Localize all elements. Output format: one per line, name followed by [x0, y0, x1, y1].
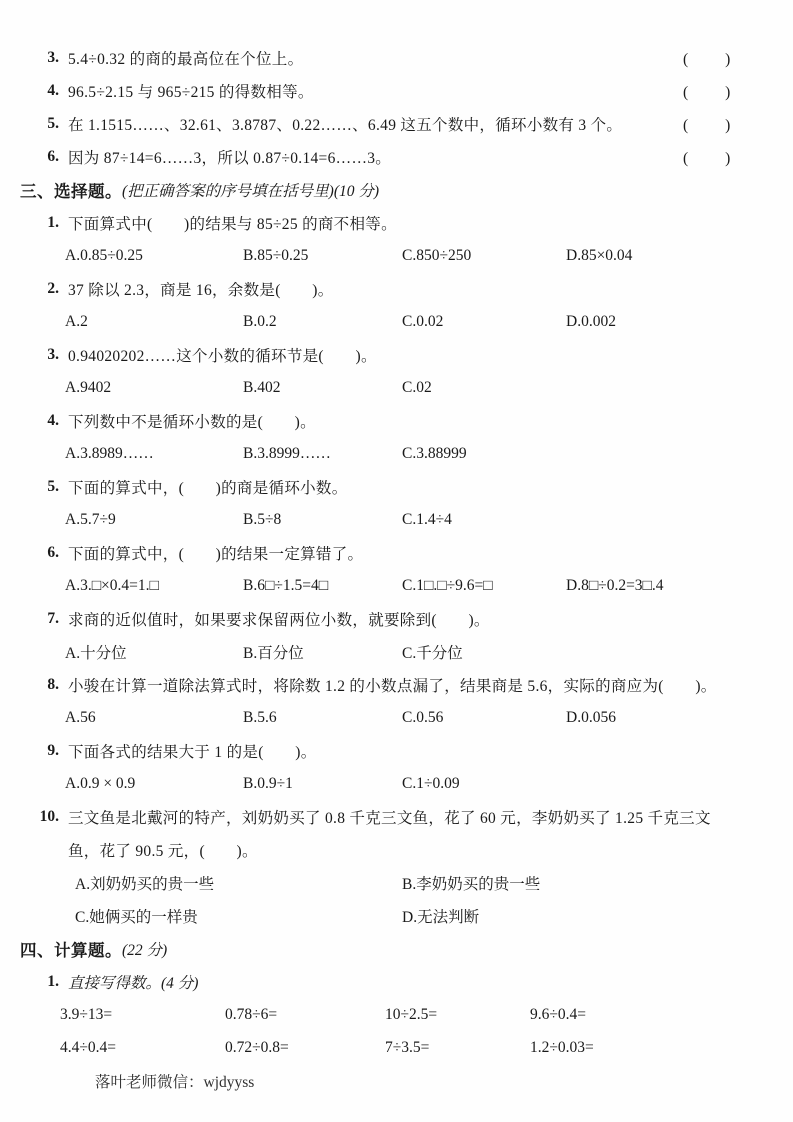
options-row: A.0.85÷0.25 B.85÷0.25 C.850÷250 D.85×0.0…	[0, 239, 793, 272]
choice-question-1: 1. 下面算式中( )的结果与 85÷25 的商不相等。	[0, 206, 793, 239]
question-text: 37 除以 2.3，商是 16，余数是( )。	[68, 278, 334, 300]
option-b: B.5÷8	[243, 511, 402, 529]
option-a: A.刘奶奶买的贵一些	[75, 872, 402, 894]
answer-bracket: ( )	[683, 41, 732, 74]
option-c: C.千分位	[402, 641, 463, 663]
calc-expression: 10÷2.5=	[385, 1006, 530, 1024]
option-d: D.无法判断	[402, 905, 729, 927]
section-score: (22 分)	[122, 938, 167, 960]
question-text: 小骏在计算一道除法算式时，将除数 1.2 的小数点漏了，结果商是 5.6，实际的…	[68, 674, 717, 696]
question-number: 5.	[33, 478, 59, 496]
option-a: A.5.7÷9	[65, 511, 243, 529]
question-text: 下面的算式中，( )的结果一定算错了。	[68, 542, 363, 564]
options-row: A.56 B.5.6 C.0.56 D.0.056	[0, 701, 793, 734]
option-c: C.3.88999	[402, 445, 467, 463]
options-row: A.9402 B.402 C.02	[0, 371, 793, 404]
exam-paper-page: 3. 5.4÷0.32 的商的最高位在个位上。 ( ) 4. 96.5÷2.15…	[0, 0, 793, 1122]
question-number: 6.	[33, 148, 59, 166]
option-a: A.0.85÷0.25	[65, 247, 243, 265]
option-b: B.5.6	[243, 709, 402, 727]
question-number: 1.	[33, 214, 59, 232]
true-false-question-4: 4. 96.5÷2.15 与 965÷215 的得数相等。 ( )	[0, 74, 793, 107]
true-false-question-6: 6. 因为 87÷14=6……3，所以 0.87÷0.14=6……3。 ( )	[0, 140, 793, 173]
option-d: D.0.002	[566, 313, 616, 331]
question-text: 下面的算式中，( )的商是循环小数。	[68, 476, 348, 498]
options-row: A.5.7÷9 B.5÷8 C.1.4÷4	[0, 503, 793, 536]
section-header-choice: 三、选择题。(把正确答案的序号填在括号里)(10 分)	[0, 173, 793, 206]
option-c: C.850÷250	[402, 247, 566, 265]
section-header-calculation: 四、计算题。(22 分)	[0, 932, 793, 965]
options-row: A.2 B.0.2 C.0.02 D.0.002	[0, 305, 793, 338]
question-text: 96.5÷2.15 与 965÷215 的得数相等。	[68, 80, 314, 102]
choice-question-6: 6. 下面的算式中，( )的结果一定算错了。	[0, 536, 793, 569]
question-text: 因为 87÷14=6……3，所以 0.87÷0.14=6……3。	[68, 146, 391, 168]
question-number: 10.	[33, 808, 59, 826]
question-text: 5.4÷0.32 的商的最高位在个位上。	[68, 47, 303, 69]
question-text: 求商的近似值时，如果要求保留两位小数，就要除到( )。	[68, 608, 490, 630]
answer-bracket: ( )	[683, 107, 732, 140]
question-number: 7.	[33, 610, 59, 628]
calculation-row: 4.4÷0.4= 0.72÷0.8= 7÷3.5= 1.2÷0.03=	[0, 1031, 793, 1064]
option-b: B.402	[243, 379, 402, 397]
calc-expression: 9.6÷0.4=	[530, 1006, 586, 1024]
choice-question-10: 10. 三文鱼是北戴河的特产，刘奶奶买了 0.8 千克三文鱼，花了 60 元，李…	[0, 800, 793, 833]
teacher-wechat-watermark: 落叶老师微信：wjdyyss	[0, 1064, 793, 1097]
question-text: 在 1.1515……、32.61、3.8787、0.22……、6.49 这五个数…	[68, 113, 622, 135]
option-c: C.她俩买的一样贵	[75, 905, 402, 927]
question-text: 直接写得数。(4 分)	[68, 971, 198, 993]
option-a: A.3.8989……	[65, 445, 243, 463]
option-a: A.十分位	[65, 641, 243, 663]
question-number: 6.	[33, 544, 59, 562]
options-row: C.她俩买的一样贵 D.无法判断	[0, 899, 793, 932]
option-c: C.0.56	[402, 709, 566, 727]
choice-question-5: 5. 下面的算式中，( )的商是循环小数。	[0, 470, 793, 503]
question-text-continuation: 鱼，花了 90.5 元，( )。	[0, 833, 793, 866]
options-row: A.3.8989…… B.3.8999…… C.3.88999	[0, 437, 793, 470]
option-b: B.百分位	[243, 641, 402, 663]
question-number: 3.	[33, 49, 59, 67]
options-row: A.十分位 B.百分位 C.千分位	[0, 635, 793, 668]
exam-content: 3. 5.4÷0.32 的商的最高位在个位上。 ( ) 4. 96.5÷2.15…	[0, 0, 793, 1097]
option-a: A.0.9 × 0.9	[65, 775, 243, 793]
question-text: 下列数中不是循环小数的是( )。	[68, 410, 316, 432]
question-text-line1: 三文鱼是北戴河的特产，刘奶奶买了 0.8 千克三文鱼，花了 60 元，李奶奶买了…	[68, 806, 711, 828]
calc-expression: 1.2÷0.03=	[530, 1039, 594, 1057]
choice-question-8: 8. 小骏在计算一道除法算式时，将除数 1.2 的小数点漏了，结果商是 5.6，…	[0, 668, 793, 701]
calculation-row: 3.9÷13= 0.78÷6= 10÷2.5= 9.6÷0.4=	[0, 998, 793, 1031]
option-d: D.85×0.04	[566, 247, 632, 265]
option-a: A.2	[65, 313, 243, 331]
choice-question-4: 4. 下列数中不是循环小数的是( )。	[0, 404, 793, 437]
calc-subquestion-1: 1. 直接写得数。(4 分)	[0, 965, 793, 998]
options-row: A.刘奶奶买的贵一些 B.李奶奶买的贵一些	[0, 866, 793, 899]
question-number: 9.	[33, 742, 59, 760]
true-false-question-5: 5. 在 1.1515……、32.61、3.8787、0.22……、6.49 这…	[0, 107, 793, 140]
section-subtitle: (把正确答案的序号填在括号里)(10 分)	[122, 179, 379, 201]
option-b: B.85÷0.25	[243, 247, 402, 265]
calc-expression: 4.4÷0.4=	[60, 1039, 225, 1057]
option-a: A.3.□×0.4=1.□	[65, 577, 243, 595]
options-row: A.0.9 × 0.9 B.0.9÷1 C.1÷0.09	[0, 767, 793, 800]
option-d: D.0.056	[566, 709, 616, 727]
option-c: C.1÷0.09	[402, 775, 460, 793]
section-title: 三、选择题。	[20, 178, 122, 202]
choice-question-2: 2. 37 除以 2.3，商是 16，余数是( )。	[0, 272, 793, 305]
option-a: A.56	[65, 709, 243, 727]
calc-expression: 0.78÷6=	[225, 1006, 385, 1024]
option-b: B.0.9÷1	[243, 775, 402, 793]
option-d: D.8□÷0.2=3□.4	[566, 577, 664, 595]
question-number: 2.	[33, 280, 59, 298]
calc-expression: 3.9÷13=	[60, 1006, 225, 1024]
option-b: B.3.8999……	[243, 445, 402, 463]
options-row: A.3.□×0.4=1.□ B.6□÷1.5=4□ C.1□.□÷9.6=□ D…	[0, 569, 793, 602]
option-c: C.1.4÷4	[402, 511, 452, 529]
option-c: C.0.02	[402, 313, 566, 331]
option-a: A.9402	[65, 379, 243, 397]
question-number: 3.	[33, 346, 59, 364]
choice-question-7: 7. 求商的近似值时，如果要求保留两位小数，就要除到( )。	[0, 602, 793, 635]
question-text-line2: 鱼，花了 90.5 元，( )。	[68, 839, 258, 861]
question-number: 1.	[33, 973, 59, 991]
option-c: C.02	[402, 379, 432, 397]
option-c: C.1□.□÷9.6=□	[402, 577, 566, 595]
question-number: 4.	[33, 82, 59, 100]
question-number: 4.	[33, 412, 59, 430]
answer-bracket: ( )	[683, 140, 732, 173]
option-b: B.0.2	[243, 313, 402, 331]
choice-question-9: 9. 下面各式的结果大于 1 的是( )。	[0, 734, 793, 767]
choice-question-3: 3. 0.94020202……这个小数的循环节是( )。	[0, 338, 793, 371]
section-title: 四、计算题。	[20, 937, 122, 961]
true-false-question-3: 3. 5.4÷0.32 的商的最高位在个位上。 ( )	[0, 41, 793, 74]
question-text: 下面各式的结果大于 1 的是( )。	[68, 740, 317, 762]
watermark-text: 落叶老师微信：wjdyyss	[95, 1070, 254, 1092]
option-b: B.李奶奶买的贵一些	[402, 872, 729, 894]
question-text: 0.94020202……这个小数的循环节是( )。	[68, 344, 377, 366]
question-number: 5.	[33, 115, 59, 133]
question-text: 下面算式中( )的结果与 85÷25 的商不相等。	[68, 212, 397, 234]
calc-expression: 0.72÷0.8=	[225, 1039, 385, 1057]
option-b: B.6□÷1.5=4□	[243, 577, 402, 595]
question-number: 8.	[33, 676, 59, 694]
answer-bracket: ( )	[683, 74, 732, 107]
calc-expression: 7÷3.5=	[385, 1039, 530, 1057]
